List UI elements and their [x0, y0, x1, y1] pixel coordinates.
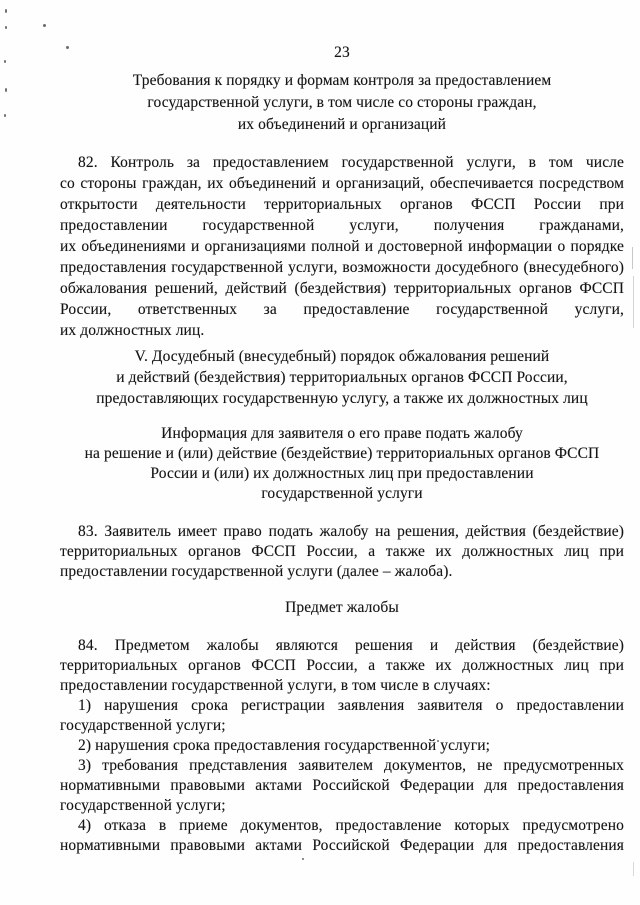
- text-line: их объединениями и организациями полной …: [60, 236, 624, 257]
- paragraph-82: 82. Контроль за предоставлением государс…: [60, 152, 624, 341]
- scan-speck: [437, 740, 439, 742]
- text-line: со стороны граждан, их объединений и орг…: [60, 173, 624, 194]
- text-column: 23 Требования к порядку и формам контрол…: [60, 42, 624, 856]
- heading-line: их объединений и организаций: [60, 114, 624, 136]
- heading-line: государственной услуги: [60, 484, 624, 504]
- text-line: 83. Заявитель имеет право подать жалобу …: [60, 522, 624, 542]
- list-item-1: 1) нарушения срока регистрации заявления…: [60, 696, 624, 736]
- paragraph-84: 84. Предметом жалобы являются решения и …: [60, 636, 624, 696]
- heading-line: государственной услуги, в том числе со с…: [60, 92, 624, 114]
- scan-speck: [4, 114, 6, 117]
- scan-artifact-line: [633, 276, 634, 328]
- subheading-complaint-subject: Предмет жалобы: [60, 598, 624, 618]
- heading-line: V. Досудебный (внесудебный) порядок обжа…: [60, 346, 624, 367]
- text-line: территориальных органов ФССП России, а т…: [60, 656, 624, 676]
- text-line: России, ответственных за предоставление …: [60, 299, 624, 320]
- section-heading-control: Требования к порядку и формам контроля з…: [60, 70, 624, 136]
- text-line: нормативными правовыми актами Российской…: [60, 836, 624, 856]
- text-line: их должностных лиц.: [60, 320, 624, 341]
- text-line: предоставлении государственной услуги, п…: [60, 215, 624, 236]
- text-line: 3) требования представления заявителем д…: [60, 756, 624, 776]
- scanned-document-page: 23 Требования к порядку и формам контрол…: [0, 0, 640, 905]
- text-line: 2) нарушения срока предоставления госуда…: [60, 736, 624, 756]
- heading-line: предоставляющих государственную услугу, …: [60, 388, 624, 409]
- text-line: предоставлении государственной услуги (д…: [60, 562, 624, 582]
- scan-speck: [43, 24, 46, 27]
- scan-artifact-line: [633, 862, 634, 876]
- heading-line: на решение и (или) действие (бездействие…: [60, 444, 624, 464]
- text-line: предоставления государственной услуги, в…: [60, 257, 624, 278]
- scan-artifact-line: [632, 247, 633, 269]
- heading-line: Информация для заявителя о его праве под…: [60, 424, 624, 444]
- text-line: нормативными правовыми актами Российской…: [60, 776, 624, 796]
- heading-line: Требования к порядку и формам контроля з…: [60, 70, 624, 92]
- scan-speck: [5, 9, 7, 13]
- text-line: предоставлении государственной услуги, в…: [60, 676, 624, 696]
- paragraph-83: 83. Заявитель имеет право подать жалобу …: [60, 522, 624, 582]
- section-heading-v-appeals: V. Досудебный (внесудебный) порядок обжа…: [60, 346, 624, 409]
- scan-speck: [302, 858, 304, 860]
- list-item-2: 2) нарушения срока предоставления госуда…: [60, 736, 624, 756]
- text-line: 84. Предметом жалобы являются решения и …: [60, 636, 624, 656]
- scan-speck: [468, 354, 471, 357]
- heading-line: и действий (бездействия) территориальных…: [60, 367, 624, 388]
- scan-speck: [5, 26, 7, 29]
- heading-line: Предмет жалобы: [60, 598, 624, 618]
- heading-line: России и (или) их должностных лиц при пр…: [60, 464, 624, 484]
- scan-speck: [5, 88, 7, 92]
- subheading-complaint-info: Информация для заявителя о его праве под…: [60, 424, 624, 504]
- text-line: территориальных органов ФССП России, а т…: [60, 542, 624, 562]
- text-line: 4) отказа в приеме документов, предостав…: [60, 816, 624, 836]
- text-line: государственной услуги;: [60, 716, 624, 736]
- list-item-4: 4) отказа в приеме документов, предостав…: [60, 816, 624, 856]
- scan-speck: [4, 60, 6, 63]
- text-line: обжалования решений, действий (бездейств…: [60, 278, 624, 299]
- text-line: 1) нарушения срока регистрации заявления…: [60, 696, 624, 716]
- list-item-3: 3) требования представления заявителем д…: [60, 756, 624, 816]
- text-line: открытости деятельности территориальных …: [60, 194, 624, 215]
- scan-speck: [66, 46, 69, 49]
- text-line: 82. Контроль за предоставлением государс…: [60, 152, 624, 173]
- text-line: государственной услуги;: [60, 796, 624, 816]
- page-number: 23: [60, 42, 624, 63]
